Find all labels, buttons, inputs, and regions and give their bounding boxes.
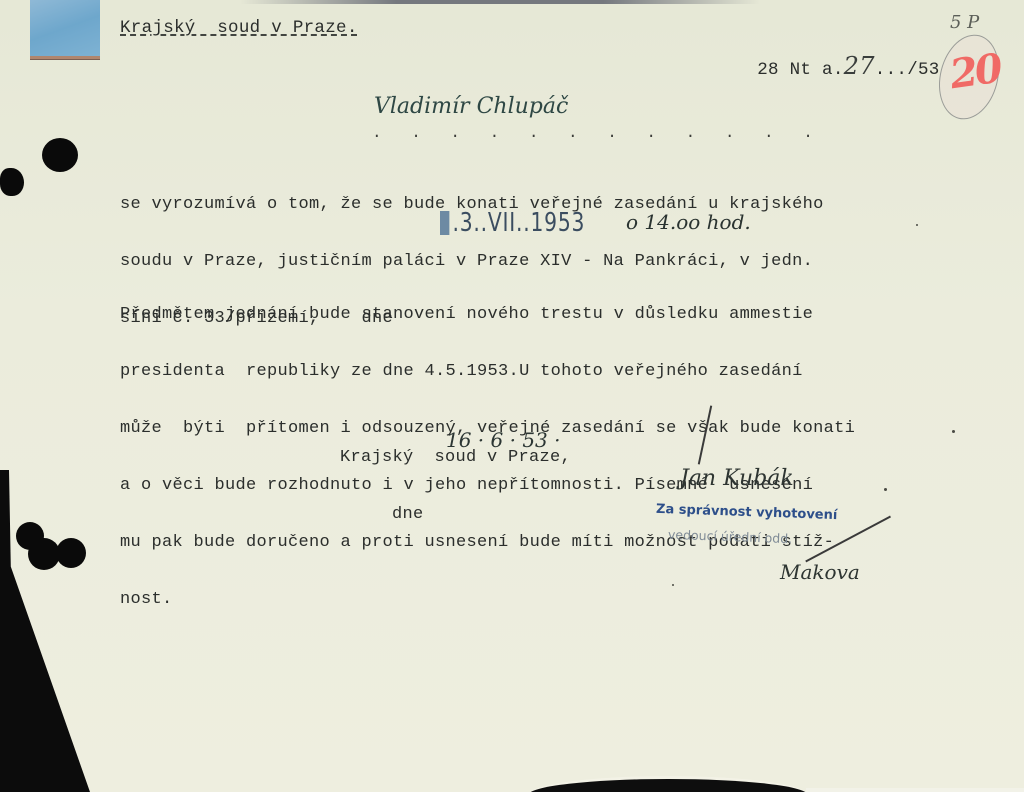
paragraph-line: presidenta republiky ze dne 4.5.1953.U t… xyxy=(120,362,855,381)
background-black-left xyxy=(0,470,90,792)
hearing-time: o 14.oo hod. xyxy=(626,210,751,234)
case-reference-year: /53 xyxy=(907,60,939,80)
hearing-date-stamp: .3..VII..1953 xyxy=(440,208,585,238)
paper-speck xyxy=(672,584,674,586)
closing-date: 16 · 6 · 53 · xyxy=(446,428,560,452)
scanned-document-page: Krajský soud v Praze. 28 Nt a.27.../53 5… xyxy=(0,0,1024,792)
closing-date-label: dne xyxy=(340,505,571,524)
addressee-dotted-line: . . . . . . . . . . . . xyxy=(372,124,823,142)
paragraph-line: nost. xyxy=(120,590,855,609)
paper-speck xyxy=(884,488,887,491)
clerk-signature: Makova xyxy=(780,560,860,584)
stamp-mark xyxy=(440,211,449,235)
top-edge-shadow xyxy=(240,0,760,4)
case-reference: 28 Nt a.27.../53 xyxy=(714,38,940,99)
case-reference-prefix: 28 Nt a. xyxy=(757,60,843,80)
bottom-edge xyxy=(806,788,1024,792)
hearing-date-text: .3..VII..1953 xyxy=(452,208,585,238)
case-reference-dots: ... xyxy=(875,60,907,80)
punch-hole xyxy=(56,538,86,568)
judge-signature: Jan Kubák xyxy=(680,466,794,491)
pencil-note: 5 P xyxy=(950,12,979,33)
paragraph-line: Předmětem jednání bude stanovení nového … xyxy=(120,305,855,324)
paper-speck xyxy=(916,224,918,226)
background-black-bottom xyxy=(528,776,808,792)
addressee-name: Vladimír Chlupáč xyxy=(374,94,568,119)
punch-hole xyxy=(42,138,78,172)
folio-number: 20 xyxy=(947,45,1003,98)
court-heading: Krajský soud v Praze. xyxy=(120,19,358,38)
punch-hole xyxy=(0,168,24,196)
blue-tape-tab xyxy=(30,0,100,59)
paper-speck xyxy=(952,430,955,433)
case-reference-handwritten: 27 xyxy=(844,52,875,80)
